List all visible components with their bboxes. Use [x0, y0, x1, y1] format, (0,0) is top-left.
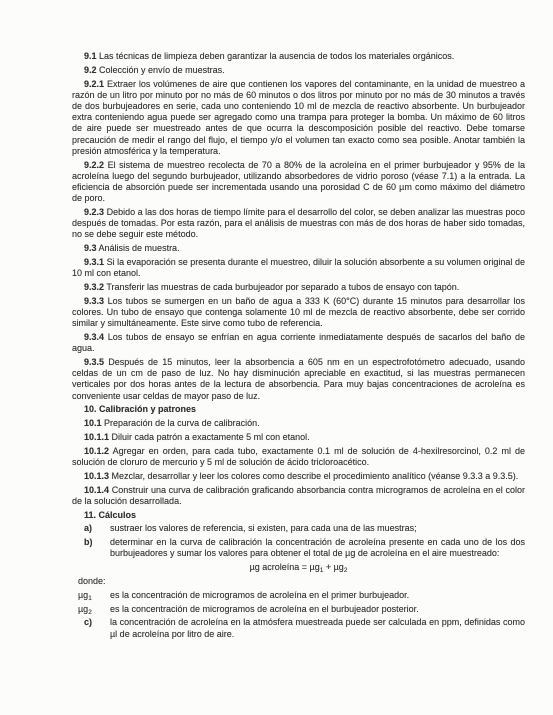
- definition-ug2: µg2es la concentración de microgramos de…: [72, 604, 525, 615]
- clause-10-1-3: 10.1.3 Mezclar, desarrollar y leer los c…: [72, 471, 525, 482]
- clause-text: Diluir cada patrón a exactamente 5 ml co…: [112, 432, 310, 442]
- clause-number: 10.1.4: [84, 485, 109, 495]
- definition-term: µg1: [78, 590, 110, 601]
- clause-number: 10.1.1: [84, 432, 109, 442]
- clause-9-3-2: 9.3.2 Transferir las muestras de cada bu…: [72, 282, 525, 293]
- clause-text: Las técnicas de limpieza deben garantiza…: [99, 51, 454, 61]
- clause-9-3: 9.3 Análisis de muestra.: [72, 243, 525, 254]
- definition-text: es la concentración de microgramos de ac…: [110, 604, 525, 615]
- clause-number: 9.2.2: [84, 160, 104, 170]
- clause-text: Extraer los volúmenes de aire que contie…: [72, 79, 525, 156]
- list-item-text: sustraer los valores de referencia, si e…: [110, 523, 525, 534]
- definition-term-subscript: 1: [88, 595, 92, 602]
- clause-9-2-2: 9.2.2 El sistema de muestreo recolecta d…: [72, 160, 525, 205]
- list-item-text: determinar en la curva de calibración la…: [110, 537, 525, 559]
- clause-number: 9.3.1: [84, 257, 104, 267]
- where-label: donde:: [72, 576, 525, 587]
- clause-number: 9.3.4: [84, 332, 104, 342]
- list-item-a: a)sustraer los valores de referencia, si…: [72, 523, 525, 534]
- clause-9-2-1: 9.2.1 Extraer los volúmenes de aire que …: [72, 79, 525, 157]
- clause-text: Los tubos se sumergen en un baño de agua…: [72, 296, 525, 328]
- clause-number: 9.2: [84, 65, 97, 75]
- clause-text: Mezclar, desarrollar y leer los colores …: [112, 471, 519, 481]
- clause-9-2-3: 9.2.3 Debido a las dos horas de tiempo l…: [72, 207, 525, 241]
- clause-9-3-1: 9.3.1 Si la evaporación se presenta dura…: [72, 257, 525, 279]
- clause-number: 9.3.3: [84, 296, 104, 306]
- clause-9-3-4: 9.3.4 Los tubos de ensayo se enfrían en …: [72, 332, 525, 354]
- clause-9-3-5: 9.3.5 Después de 15 minutos, leer la abs…: [72, 357, 525, 402]
- clause-text: Análisis de muestra.: [99, 243, 180, 253]
- clause-10-1-1: 10.1.1 Diluir cada patrón a exactamente …: [72, 432, 525, 443]
- list-item-label: b): [84, 537, 110, 559]
- list-item-label: c): [84, 617, 110, 639]
- section-heading-10: 10. Calibración y patrones: [72, 404, 525, 415]
- formula-body: + µg: [323, 562, 343, 572]
- clause-text: Construir una curva de calibración grafi…: [72, 485, 525, 506]
- clause-text: El sistema de muestreo recolecta de 70 a…: [72, 160, 525, 204]
- document-content: 9.1 Las técnicas de limpieza deben garan…: [72, 51, 525, 642]
- clause-text: Colección y envío de muestras.: [99, 65, 225, 75]
- clause-number: 10.1: [84, 418, 102, 428]
- clause-text: Debido a las dos horas de tiempo límite …: [72, 207, 525, 239]
- clause-number: 9.1: [84, 51, 97, 61]
- formula-body: µg acroleína = µg: [250, 562, 320, 572]
- formula-subscript-2: 2: [344, 567, 348, 574]
- clause-text: Preparación de la curva de calibración.: [104, 418, 260, 428]
- clause-number: 9.3: [84, 243, 97, 253]
- clause-9-2: 9.2 Colección y envío de muestras.: [72, 65, 525, 76]
- acrolein-total-formula: µg acroleína = µg1 + µg2: [72, 562, 525, 573]
- list-item-c: c)la concentración de acroleína en la at…: [72, 617, 525, 639]
- clause-text: Si la evaporación se presenta durante el…: [72, 257, 525, 278]
- definition-term-subscript: 2: [88, 609, 92, 616]
- clause-number: 9.2.3: [84, 207, 104, 217]
- clause-10-1-2: 10.1.2 Agregar en orden, para cada tubo,…: [72, 446, 525, 468]
- definition-text: es la concentración de microgramos de ac…: [110, 590, 525, 601]
- clause-number: 9.3.2: [84, 282, 104, 292]
- clause-number: 9.3.5: [84, 357, 104, 367]
- clause-10-1-4: 10.1.4 Construir una curva de calibració…: [72, 485, 525, 507]
- clause-10-1: 10.1 Preparación de la curva de calibrac…: [72, 418, 525, 429]
- clause-text: Agregar en orden, para cada tubo, exacta…: [72, 446, 525, 467]
- section-heading-11: 11. Cálculos: [72, 510, 525, 521]
- list-item-label: a): [84, 523, 110, 534]
- clause-number: 10.1.3: [84, 471, 109, 481]
- list-item-text: la concentración de acroleína en la atmó…: [110, 617, 525, 639]
- scanned-document-page: 9.1 Las técnicas de limpieza deben garan…: [0, 0, 553, 715]
- clause-text: Transferir las muestras de cada burbujea…: [106, 282, 459, 292]
- list-item-b: b)determinar en la curva de calibración …: [72, 537, 525, 559]
- clause-text: Después de 15 minutos, leer la absorbenc…: [72, 357, 525, 401]
- clause-text: Los tubos de ensayo se enfrían en agua c…: [72, 332, 525, 353]
- clause-number: 9.2.1: [84, 79, 104, 89]
- clause-9-1: 9.1 Las técnicas de limpieza deben garan…: [72, 51, 525, 62]
- definition-ug1: µg1es la concentración de microgramos de…: [72, 590, 525, 601]
- clause-number: 10.1.2: [84, 446, 109, 456]
- definition-term: µg2: [78, 604, 110, 615]
- clause-9-3-3: 9.3.3 Los tubos se sumergen en un baño d…: [72, 296, 525, 330]
